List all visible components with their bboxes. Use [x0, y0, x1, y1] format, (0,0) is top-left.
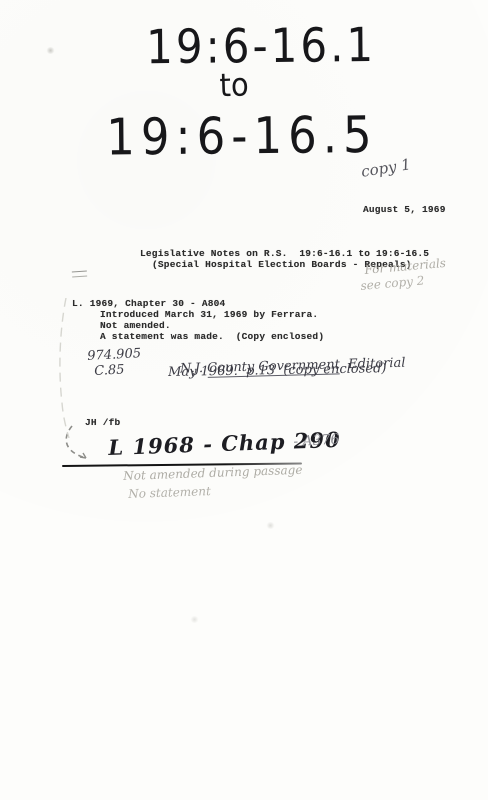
annotation-pencil-line2: No statement [128, 485, 211, 501]
pencil-note-right-line2: see copy 2 [360, 274, 425, 293]
document-date: August 5, 1969 [363, 204, 446, 215]
statute-range-end: 19:6-16.5 [106, 109, 378, 162]
body-not-amended-line: Not amended. [100, 320, 171, 331]
statute-range-start: 19:6-16.1 [146, 22, 376, 71]
call-number-line1: 974.905 [87, 347, 141, 364]
document-title-line1: Legislative Notes on R.S. 19:6-16.1 to 1… [140, 248, 429, 259]
scanned-document-page: 19:6-16.1 to 19:6-16.5 copy 1 August 5, … [0, 0, 488, 800]
scan-smudge [190, 616, 199, 623]
annotation-pencil-line1: Not amended during passage [123, 464, 303, 483]
statute-range-connector: to [219, 69, 249, 102]
stray-pencil-mark [72, 270, 87, 277]
call-number-line2: C.85 [94, 363, 125, 379]
body-introduced-line: Introduced March 31, 1969 by Ferrara. [100, 309, 318, 320]
scan-smudge [266, 522, 275, 529]
body-statement-line: A statement was made. (Copy enclosed) [100, 331, 324, 342]
annotation-bill-ref: - A376 [293, 433, 340, 451]
body-law-line: L. 1969, Chapter 30 - A804 [72, 298, 225, 309]
page-crease [56, 298, 70, 438]
scan-smudge [46, 47, 55, 54]
